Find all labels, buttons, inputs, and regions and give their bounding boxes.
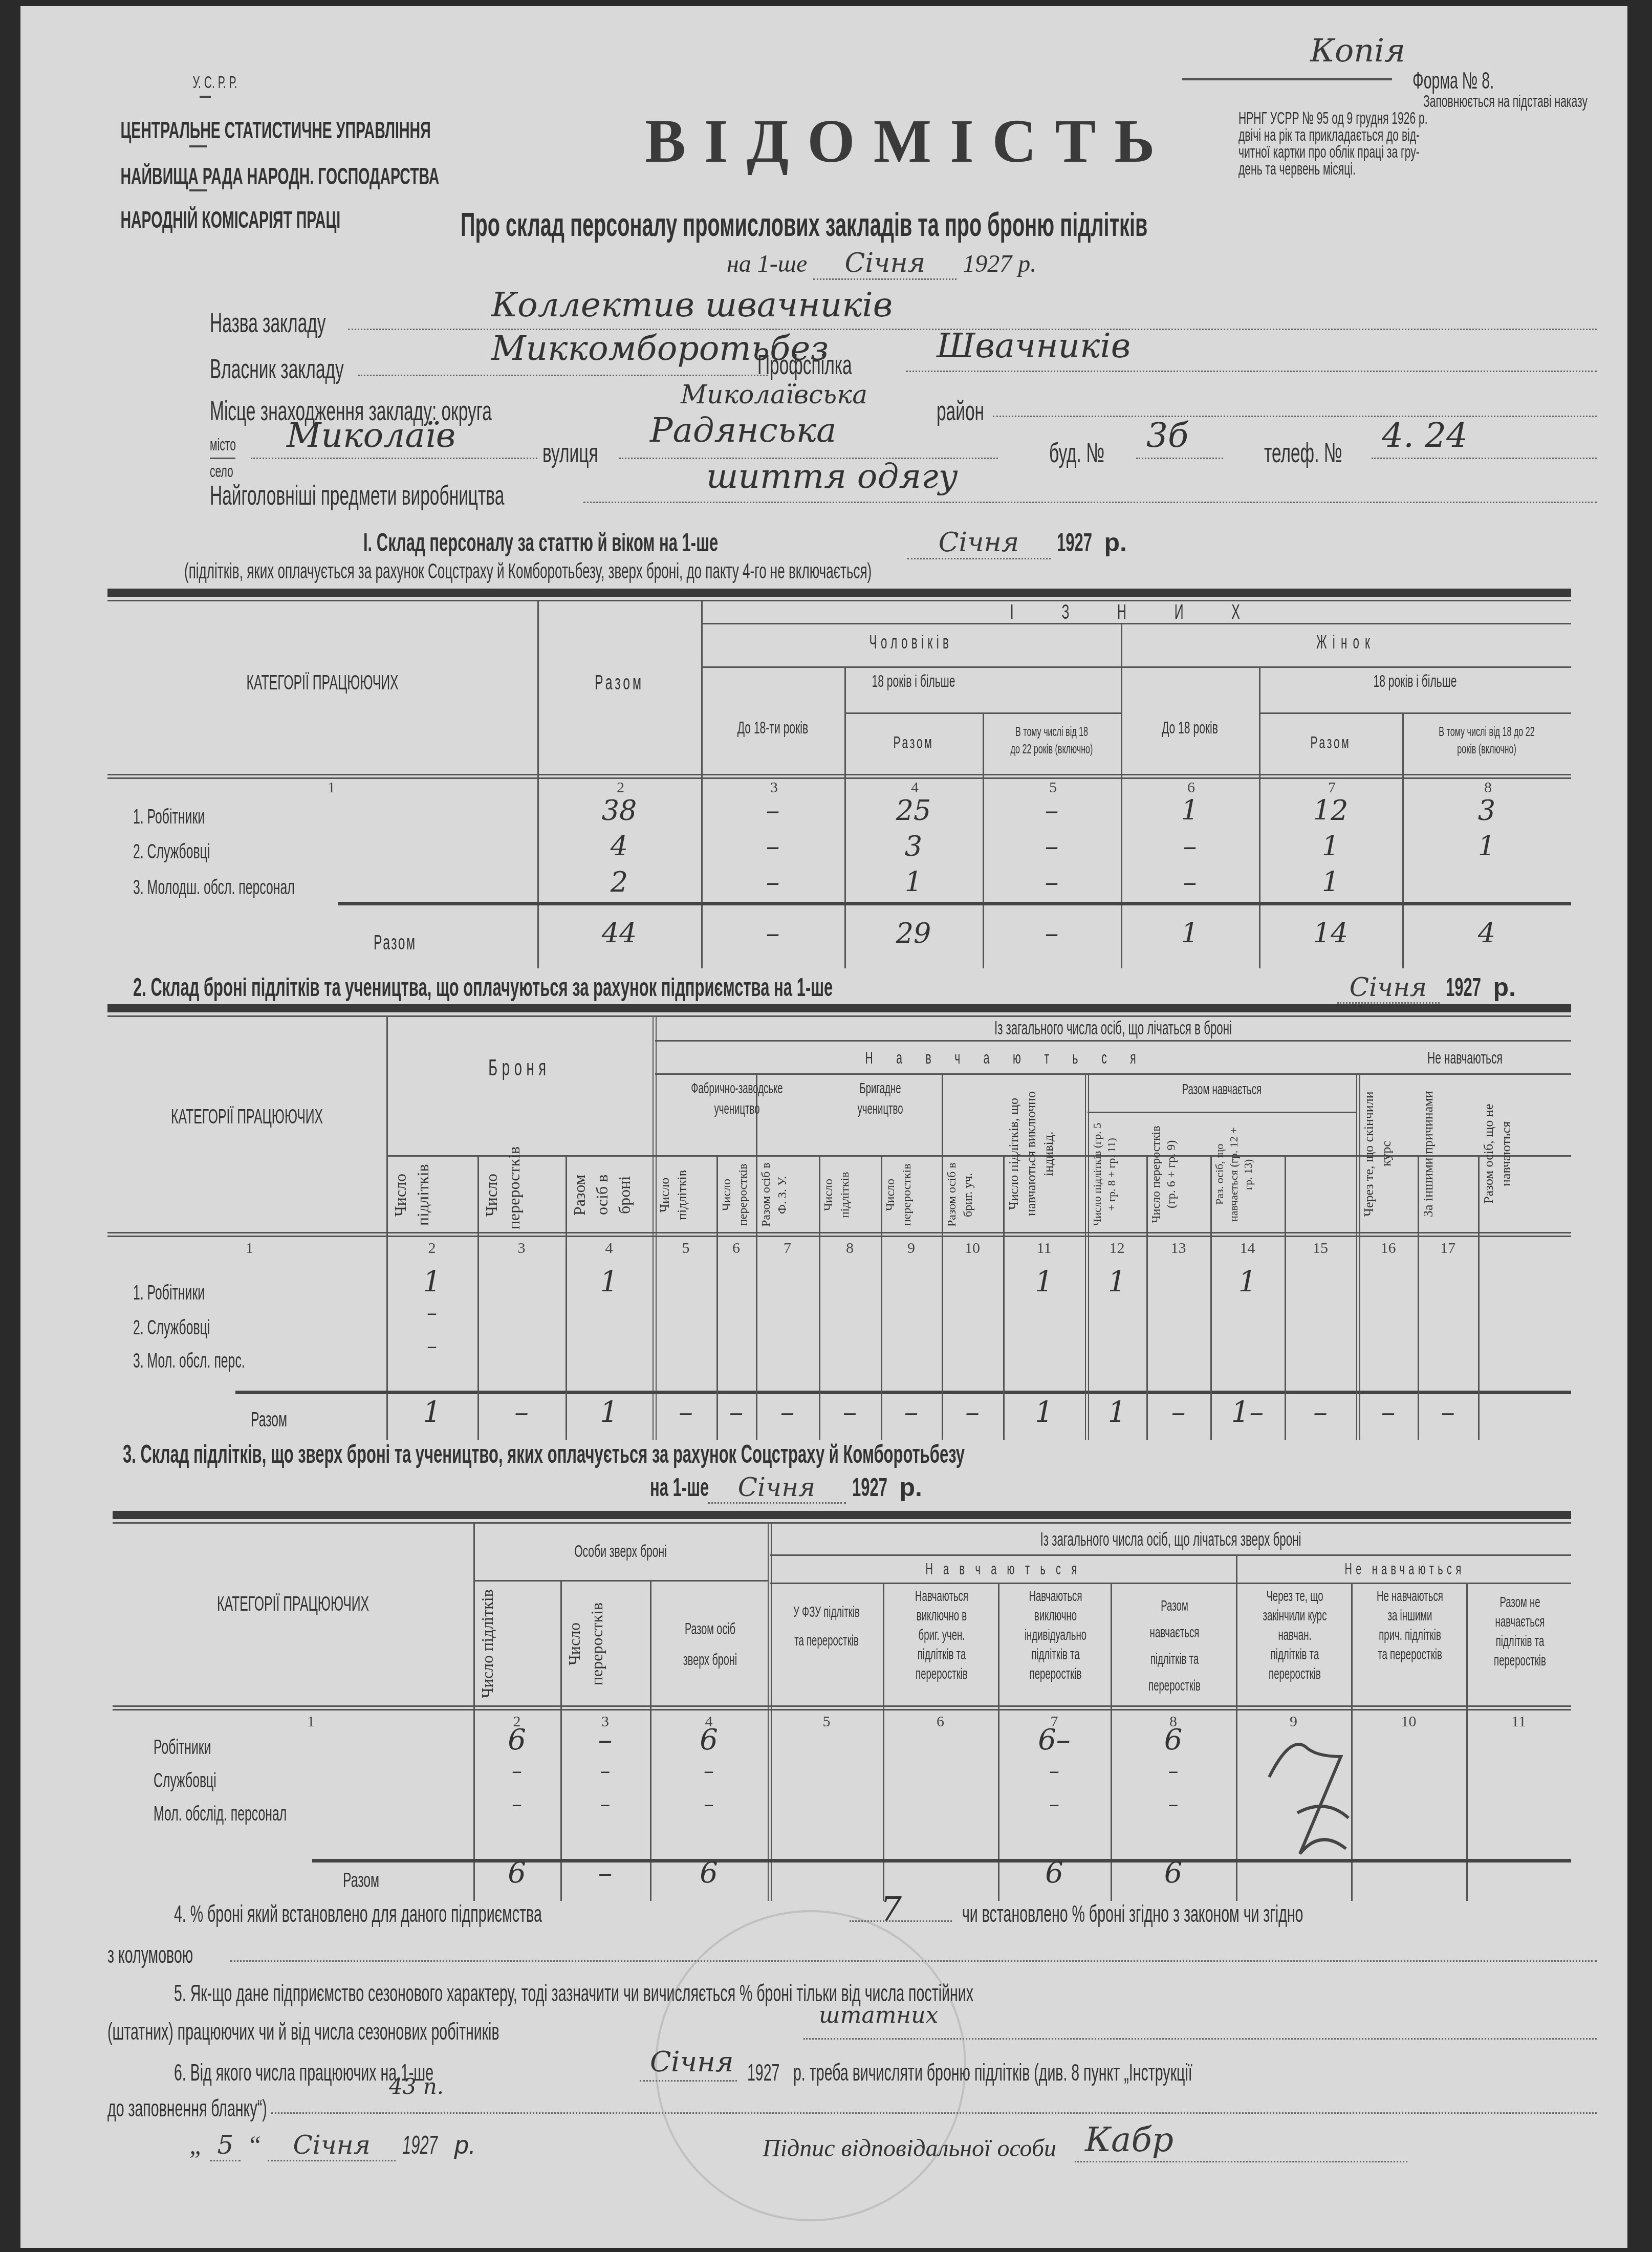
s2-col-header: Разом осіб в Ф. З. У. — [758, 1160, 817, 1229]
col-number: 1 — [246, 1240, 253, 1257]
section1-month[interactable]: Січня — [907, 527, 1051, 559]
q5-text2: (штатних) працюючих чи й від числа сезон… — [107, 2018, 499, 2045]
form-note-line: двічі на рік та прикладається до від- — [1238, 127, 1461, 144]
s1-header-over18-women: 18 років і більше — [1318, 672, 1512, 691]
q4-text: 4. % броні який встановлено для даного п… — [174, 1900, 542, 1928]
org-economy-council: НАЙВИЩА РАДА НАРОДН. ГОСПОДАРСТВА — [120, 162, 330, 190]
form-number: Форма № 8. — [1412, 67, 1494, 94]
s3-col-header: У ФЗУ підлітків та переростків — [792, 1598, 861, 1655]
q4-text3: з колумовою — [107, 1941, 193, 1968]
city-line — [251, 458, 537, 459]
phone-line — [1372, 458, 1597, 459]
s3-header-not-studying: Не навчаються — [1302, 1560, 1508, 1578]
s2-col-header: Разом осіб в броні — [568, 1160, 653, 1229]
union-field[interactable]: Швачників — [937, 326, 1131, 365]
col-number: 16 — [1359, 1240, 1418, 1257]
col-number: 11 — [1466, 1713, 1571, 1730]
s3-row-label: Робітники — [154, 1736, 211, 1759]
col-number: 9 — [1236, 1713, 1351, 1730]
s1-header-category: КАТЕГОРІЇ ПРАЦЮЮЧИХ — [189, 672, 456, 695]
col-number: 8 — [1484, 779, 1492, 796]
section3-date-prefix: на 1-ше — [650, 1473, 682, 1502]
s2-header-of-total: Із загального числа осіб, що лічаться в … — [829, 1017, 1397, 1039]
s2-col-header: Число підлітків — [820, 1160, 879, 1229]
divider — [200, 96, 211, 98]
s3-col-header: Разом не навчається підлітків та перерос… — [1488, 1593, 1552, 1671]
s2-total-label: Разом — [251, 1409, 287, 1432]
s1-header-women: Жінок — [1206, 632, 1486, 653]
col-number: 5 — [770, 1713, 883, 1730]
s2-total-cell[interactable]: – — [1146, 1396, 1210, 1429]
union-line — [906, 371, 1597, 372]
section1-year: 1927 — [1057, 528, 1082, 557]
s3-header-studying: Н а в ч а ю т ь с я — [859, 1560, 1147, 1578]
q4-field[interactable]: 7 — [880, 1890, 902, 1929]
col-number: 2 — [386, 1240, 477, 1257]
s1-header-incl-men: В тому числі від 18 до 22 років (включно… — [1010, 723, 1093, 757]
rayon-label: район — [937, 395, 984, 427]
s1-header-over18-men: 18 років і більше — [871, 672, 956, 691]
s3-cell[interactable]: – — [650, 1759, 768, 1783]
owner-line — [358, 375, 768, 376]
section2-suffix: р. — [1493, 973, 1516, 1002]
s2-cell[interactable]: 1 — [386, 1265, 477, 1298]
form-note-line: день та червень місяці. — [1238, 161, 1461, 178]
s3-col-header: Число підлітків — [476, 1585, 558, 1703]
s3-total-cell[interactable]: 6 — [650, 1856, 768, 1890]
name-label: Назва закладу — [210, 307, 326, 339]
s2-cell[interactable]: 1 — [1088, 1265, 1146, 1298]
s2-col-header: Число переростків (гр. 6 + гр. 9) — [1148, 1119, 1209, 1229]
s1-total-cell[interactable]: 14 — [1259, 917, 1402, 949]
s2-total-cell[interactable]: – — [655, 1396, 716, 1429]
s1-cell[interactable]: 3 — [844, 830, 983, 862]
s1-cell[interactable]: – — [983, 794, 1121, 827]
divider — [189, 189, 207, 191]
s1-cell[interactable]: 1 — [1121, 794, 1259, 827]
section2-year: 1927 — [1446, 972, 1471, 1002]
s1-cell[interactable]: 1 — [1259, 830, 1402, 862]
s1-total-label: Разом — [374, 932, 417, 955]
street-label: вулиця — [542, 437, 598, 469]
s2-total-cell[interactable]: – — [477, 1396, 566, 1429]
s2-row-label: 3. Мол. обсл. перс. — [133, 1350, 245, 1373]
products-label: Найголовніші предмети виробництва — [210, 480, 504, 511]
stamp-icon — [655, 1910, 966, 2221]
s3-header-over-bronya: Особи зверх броні — [529, 1542, 712, 1562]
footer-date-month[interactable]: Січня — [268, 2130, 396, 2161]
products-field[interactable]: шиття одягу — [706, 457, 958, 496]
col-number: 1 — [328, 779, 335, 796]
col-number: 14 — [1210, 1240, 1285, 1257]
signature-line — [1075, 2161, 1407, 2162]
copy-underline — [1182, 78, 1392, 80]
col-number: 9 — [881, 1240, 942, 1257]
s2-total-cell[interactable]: – — [942, 1396, 1003, 1429]
s1-header-subtotal-women: Разом — [1286, 733, 1375, 753]
s1-cell[interactable]: 1 — [1259, 866, 1402, 898]
footer-date: „ 5 “ Січня 1927 р. — [189, 2130, 476, 2161]
subtitle: Про склад персоналу промислових закладів… — [461, 206, 1147, 244]
s3-cell[interactable]: – — [473, 1759, 560, 1783]
s3-col-header: Число переростків — [563, 1585, 647, 1703]
s1-total-cell[interactable]: – — [701, 917, 844, 949]
s2-cell[interactable]: – — [386, 1301, 477, 1325]
s1-header-of-them: І З Н И Х — [866, 601, 1406, 624]
street-field[interactable]: Радянська — [650, 410, 836, 450]
footer-date-year: 1927 — [402, 2130, 431, 2160]
s3-col-header: Разом осіб зверх броні — [675, 1613, 746, 1675]
col-number: 8 — [819, 1240, 881, 1257]
s1-cell[interactable]: – — [1121, 866, 1259, 898]
name-field[interactable]: Коллектив швачників — [491, 285, 893, 324]
s3-col-header: Навчаються виключно індивідуально підліт… — [1021, 1587, 1090, 1684]
s3-cell[interactable]: 6 — [650, 1723, 768, 1757]
s1-total-cell[interactable]: 29 — [844, 917, 983, 949]
q6-text3: до заповнення бланку“) — [107, 2094, 267, 2122]
page-title: ВІДОМІСТЬ — [645, 106, 1173, 177]
col-number: 4 — [911, 779, 919, 796]
s2-total-cell[interactable]: 1 — [386, 1396, 477, 1429]
s2-total-cell[interactable]: 1 — [1088, 1396, 1146, 1429]
date-line: на 1-ше Січня 1927 р. — [727, 248, 1036, 280]
s3-cell[interactable]: – — [1111, 1759, 1236, 1783]
s1-cell[interactable]: 38 — [537, 794, 701, 827]
city-field[interactable]: Миколаїв — [287, 416, 455, 455]
s3-row-label: Службовці — [154, 1769, 216, 1792]
section3-suffix: р. — [900, 1473, 922, 1502]
building-field[interactable]: 3б — [1146, 416, 1188, 455]
s2-col-header: Число підлітків — [389, 1160, 476, 1229]
date-year: 1927 — [963, 250, 1012, 277]
s1-header-men: Чоловіків — [781, 632, 1041, 653]
s2-col-header: Число переростків — [719, 1160, 754, 1229]
s1-cell[interactable]: 12 — [1259, 794, 1402, 827]
s1-cell[interactable]: 2 — [537, 866, 701, 898]
s2-total-cell[interactable]: – — [756, 1396, 819, 1429]
col-number: 6 — [1187, 779, 1195, 796]
divider — [210, 458, 235, 459]
s2-total-cell[interactable]: 1 — [1003, 1396, 1085, 1429]
s1-cell[interactable]: – — [701, 794, 844, 827]
s1-total-cell[interactable]: 44 — [537, 917, 701, 949]
s2-header-bronya: Броня — [437, 1055, 602, 1081]
col-number: 7 — [1328, 779, 1336, 796]
section2-title: 2. Склад броні підлітків та учеництва, щ… — [133, 972, 1516, 1004]
s3-cell[interactable]: 6 — [473, 1723, 560, 1757]
s2-col-header: Число підлітків, що навчаються виключно … — [1005, 1078, 1083, 1229]
col-number: 5 — [1049, 779, 1057, 796]
form-note-line: читної картки про облік праці за гру- — [1238, 144, 1461, 161]
s2-col-header: Разом осіб, що не навчаються — [1480, 1078, 1567, 1229]
form-note-line: Заповнюється на підставі наказу — [1238, 93, 1588, 110]
s1-header-under18-men: До 18-ти років — [733, 712, 813, 743]
date-prefix: на 1-ше — [727, 250, 807, 277]
s2-col-header: Число підлітків — [656, 1160, 715, 1229]
s2-col-header: Разом осіб в бриг. уч. — [944, 1160, 1002, 1229]
section1-suffix: р. — [1104, 528, 1127, 557]
s1-cell[interactable]: 1 — [1402, 830, 1571, 862]
s1-cell[interactable]: – — [1121, 830, 1259, 862]
col-number: 7 — [756, 1240, 819, 1257]
section3-month[interactable]: Січня — [708, 1473, 846, 1504]
s2-cell[interactable]: 1 — [1210, 1265, 1285, 1298]
col-number: 10 — [1351, 1713, 1466, 1730]
s1-cell[interactable]: – — [701, 866, 844, 898]
village-label: село — [210, 462, 233, 482]
s1-row-label: 2. Службовці — [133, 840, 210, 863]
s1-cell[interactable]: 25 — [844, 794, 983, 827]
org-statistics: ЦЕНТРАЛЬНЕ СТАТИСТИЧНЕ УПРАВЛІННЯ — [120, 116, 330, 144]
phone-label: телеф. № — [1264, 437, 1342, 469]
union-label: Профспілка — [757, 349, 852, 381]
s2-total-cell[interactable]: 1– — [1210, 1396, 1285, 1429]
s2-row-label: 1. Робітники — [133, 1282, 205, 1305]
col-number: 17 — [1418, 1240, 1478, 1257]
s3-cell[interactable]: – — [998, 1759, 1111, 1783]
s1-header-incl-women: В тому числі від 18 до 22 років (включно… — [1436, 723, 1537, 757]
s3-header-of-total: Із загального числа осіб, що лічаться зв… — [922, 1529, 1419, 1550]
s1-header-total: Разом — [569, 672, 670, 695]
s2-header-brigade: Бригадне учеництво — [842, 1078, 919, 1119]
s1-cell[interactable]: – — [983, 866, 1121, 898]
col-number: 11 — [1003, 1240, 1085, 1257]
s3-cell[interactable]: – — [560, 1792, 650, 1816]
s2-header-total-studying: Разом навчається — [1139, 1081, 1306, 1098]
s2-col-header: Через те, що скінчили курс — [1360, 1078, 1417, 1229]
s3-total-label: Разом — [343, 1869, 379, 1892]
s2-col-header: Число переростків — [480, 1160, 564, 1229]
s2-cell[interactable]: – — [386, 1334, 477, 1358]
col-number: 15 — [1285, 1240, 1356, 1257]
s2-cell[interactable]: 1 — [566, 1265, 653, 1298]
s3-cell[interactable]: 6 — [1111, 1723, 1236, 1757]
divider — [189, 145, 207, 147]
city-label: місто — [210, 435, 236, 455]
building-label: буд. № — [1049, 437, 1104, 469]
section1-note: (підлітків, яких оплачується за рахунок … — [184, 559, 872, 583]
form-note: Заповнюється на підставі наказу НРНГ УСР… — [1238, 93, 1597, 178]
s3-cell[interactable]: – — [998, 1792, 1111, 1816]
col-number: 13 — [1146, 1240, 1210, 1257]
s1-row-label: 1. Робітники — [133, 806, 205, 829]
s3-header-category: КАТЕГОРІЇ ПРАЦЮЮЧИХ — [181, 1593, 405, 1616]
s3-col-header: Разом навчається підлітків та переросткі… — [1137, 1593, 1213, 1699]
section1-title-text: I. Склад персоналу за статтю й віком на … — [363, 528, 697, 557]
s1-total-cell[interactable]: 4 — [1402, 917, 1571, 949]
section2-title-text: 2. Склад броні підлітків та учеництва, щ… — [133, 972, 876, 1002]
col-number: 10 — [942, 1240, 1003, 1257]
s3-cell[interactable]: – — [560, 1759, 650, 1783]
s2-total-cell[interactable]: – — [1418, 1396, 1478, 1429]
col-number: 3 — [770, 779, 778, 796]
s1-cell[interactable]: 4 — [537, 830, 701, 862]
s1-total-cell[interactable]: – — [983, 917, 1121, 949]
s3-col-header: Не навчаються за іншими прич. підлітків … — [1375, 1587, 1445, 1664]
s3-cell[interactable]: – — [560, 1723, 650, 1757]
s1-cell[interactable]: – — [983, 830, 1121, 862]
col-number: 12 — [1088, 1240, 1146, 1257]
col-number: 4 — [566, 1240, 653, 1257]
q4-text2: чи встановлено % броні згідно з законом … — [962, 1900, 1303, 1928]
s3-col-header: Навчаються виключно в бриг. учен. підліт… — [907, 1587, 976, 1684]
s1-total-cell[interactable]: 1 — [1121, 917, 1259, 949]
s3-total-cell[interactable]: 6 — [473, 1856, 560, 1890]
phone-field[interactable]: 4. 24 — [1382, 416, 1468, 455]
form-note-line: НРНГ УСРР № 95 од 9 грудня 1926 р. — [1238, 110, 1461, 127]
col-number: 3 — [477, 1240, 566, 1257]
s2-col-header: Число підлітків (гр. 5 + гр. 8 + гр. 11) — [1090, 1119, 1145, 1229]
s2-cell[interactable]: 1 — [1003, 1265, 1085, 1298]
s3-row-label: Мол. обслід. персонал — [154, 1803, 287, 1826]
s2-col-header: За іншими причинами — [1420, 1078, 1476, 1229]
section2-month[interactable]: Січня — [1337, 972, 1440, 1004]
section3-year: 1927 — [852, 1473, 878, 1502]
owner-label: Власник закладу — [210, 353, 344, 385]
s3-cell[interactable]: – — [1111, 1792, 1236, 1816]
section3-date: на 1-ше Січня 1927 р. — [650, 1473, 922, 1504]
s3-total-cell[interactable]: – — [560, 1856, 650, 1890]
rayon-line — [993, 416, 1597, 417]
s3-cell[interactable]: – — [650, 1792, 768, 1816]
footer-date-day[interactable]: 5 — [210, 2130, 241, 2161]
s2-total-cell[interactable]: – — [1285, 1396, 1356, 1429]
rule — [107, 589, 1571, 597]
s2-col-header: Число переростків — [882, 1160, 940, 1229]
s2-row-label: 2. Службовці — [133, 1316, 210, 1339]
s3-total-cell[interactable]: 6 — [1111, 1856, 1236, 1890]
building-line — [1136, 458, 1223, 459]
date-month: Січня — [813, 248, 957, 280]
s2-total-cell[interactable]: – — [819, 1396, 881, 1429]
s3-cell[interactable]: 6– — [998, 1723, 1111, 1757]
s1-header-subtotal-men: Разом — [871, 733, 956, 753]
s3-col-header: Через те, що закінчили курс навчан. підл… — [1260, 1587, 1330, 1684]
s1-header-under18-women: До 18 років — [1150, 712, 1230, 743]
s1-row-label: 3. Молодш. обсл. персонал — [133, 876, 295, 899]
org-labor-commissariat: НАРОДНІЙ КОМІСАРІЯТ ПРАЦІ — [120, 206, 330, 233]
s2-total-cell[interactable]: – — [716, 1396, 756, 1429]
section3-title: 3. Склад підлітків, що зверх броні та уч… — [123, 1439, 965, 1469]
s2-total-cell[interactable]: – — [1359, 1396, 1418, 1429]
s2-total-cell[interactable]: 1 — [566, 1396, 653, 1429]
s1-cell[interactable]: – — [701, 830, 844, 862]
s2-header-studying: Н а в ч а ю т ь с я — [788, 1048, 1223, 1068]
col-number: 1 — [307, 1713, 315, 1730]
copy-mark: Копія — [1310, 32, 1405, 69]
section1-title: I. Склад персоналу за статтю й віком на … — [363, 527, 1127, 559]
q6-field[interactable]: 43 п. — [389, 2074, 444, 2099]
s2-header-not-studying: Не навчаються — [1399, 1048, 1531, 1068]
footer-date-suffix: р. — [454, 2131, 476, 2159]
s2-col-header: Раз. осіб, що навчається (гр. 12 + гр. 1… — [1212, 1119, 1283, 1229]
s3-cell[interactable]: – — [473, 1792, 560, 1816]
document-page: У. С. Р. Р. ЦЕНТРАЛЬНЕ СТАТИСТИЧНЕ УПРАВ… — [20, 6, 1627, 2248]
date-suffix: р. — [1018, 250, 1036, 277]
s2-header-category: КАТЕГОРІЇ ПРАЦЮЮЧИХ — [161, 1096, 334, 1137]
s2-header-fzu: Фабрично-заводське учеництво — [686, 1078, 788, 1119]
s2-total-cell[interactable]: – — [881, 1396, 942, 1429]
s1-cell[interactable]: 1 — [844, 866, 983, 898]
col-number: 6 — [716, 1240, 756, 1257]
col-number: 5 — [655, 1240, 716, 1257]
s3-total-cell[interactable]: 6 — [998, 1856, 1111, 1890]
col-number: 2 — [617, 779, 624, 796]
okruga-field[interactable]: Миколаївська — [681, 380, 867, 409]
strike-mark-icon — [1259, 1736, 1372, 1864]
s1-cell[interactable]: 3 — [1402, 794, 1571, 827]
signature-field[interactable]: Кабр — [1085, 2120, 1173, 2159]
col-number: 6 — [883, 1713, 998, 1730]
products-line — [583, 502, 1597, 503]
org-ussr: У. С. Р. Р. — [136, 73, 294, 93]
